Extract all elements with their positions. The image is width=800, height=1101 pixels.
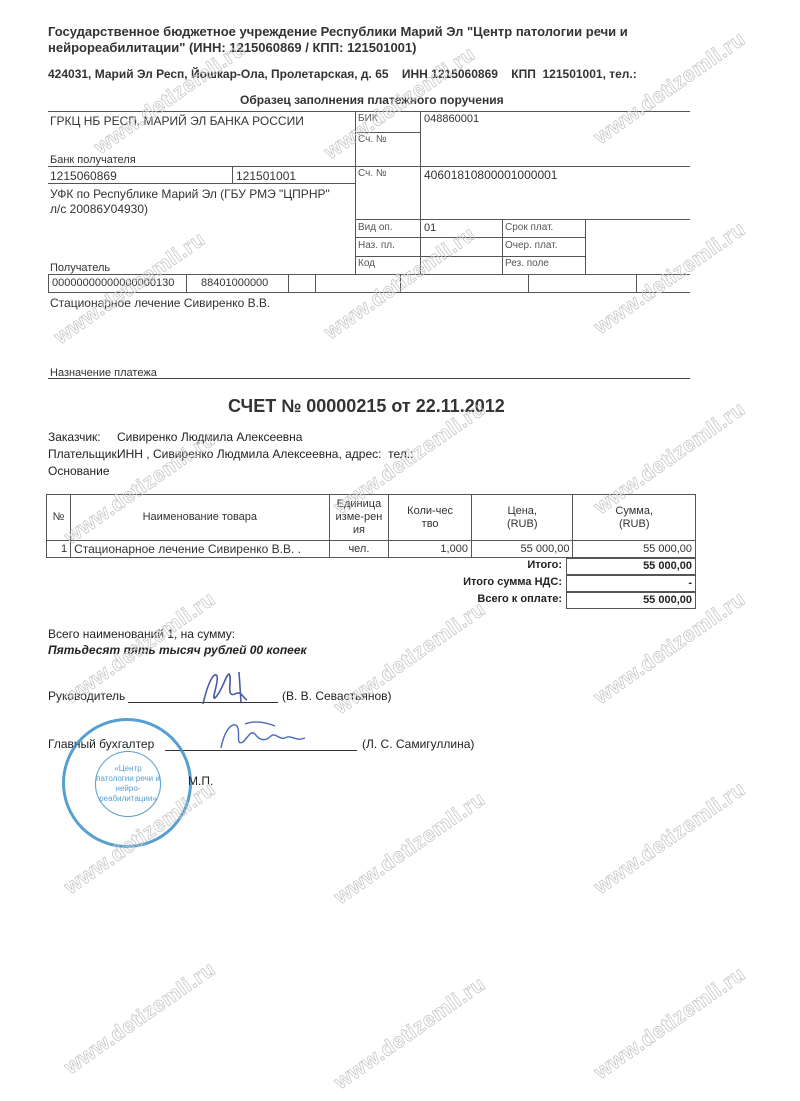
director-signature-icon: [195, 668, 265, 708]
oktmo-value: 88401000000: [201, 277, 268, 289]
row-qty: 1,000: [389, 541, 472, 558]
recipient-label: Получатель: [50, 262, 110, 274]
bank-name: ГРКЦ НБ РЕСП. МАРИЙ ЭЛ БАНКА РОССИИ: [50, 114, 304, 128]
watermark-text: www.detizemli.ru: [60, 957, 220, 1079]
account-label-2: Сч. №: [358, 168, 387, 179]
recipient-line-2: л/с 20086У04930): [50, 202, 148, 216]
row-price: 55 000,00: [471, 541, 573, 558]
amount-in-words: Пятьдесят пять тысяч рублей 00 копеек: [48, 643, 307, 657]
mp-label: М.П.: [188, 774, 213, 788]
due-label: Всего к оплате:: [380, 593, 562, 605]
col-price: Цена, (RUB): [471, 495, 573, 541]
vat-value: -: [566, 575, 696, 592]
accountant-name: (Л. С. Самигуллина): [362, 737, 474, 751]
watermark-text: www.detizemli.ru: [330, 972, 490, 1094]
director-name: (В. В. Севастьянов): [282, 689, 392, 703]
col-qty: Коли-чество: [389, 495, 472, 541]
org-name-line-2: нейрореабилитации" (ИНН: 1215060869 / КП…: [48, 40, 416, 55]
rez-label: Рез. поле: [505, 258, 549, 269]
org-name-line-1: Государственное бюджетное учреждение Рес…: [48, 24, 628, 39]
invoice-table: № Наименование товара Единица изме-рения…: [46, 494, 696, 558]
stamp-text: «Центр патологии речи и нейро-реабилитац…: [95, 751, 161, 817]
row-name: Стационарное лечение Сивиренко В.В. .: [71, 541, 330, 558]
watermark-text: www.detizemli.ru: [330, 787, 490, 909]
col-sum-text: Сумма, (RUB): [609, 505, 659, 531]
bik-label: БИК: [358, 113, 378, 124]
inn-value: 1215060869: [50, 169, 117, 183]
col-unit: Единица изме-рения: [329, 495, 389, 541]
bank-label: Банк получателя: [50, 154, 136, 166]
watermark-text: www.detizemli.ru: [590, 777, 750, 899]
bik-value: 048860001: [424, 113, 479, 125]
col-qty-text: Коли-чество: [407, 505, 453, 531]
total-label: Итого:: [380, 559, 562, 571]
ocher-label: Очер. плат.: [505, 240, 558, 251]
row-unit: чел.: [329, 541, 389, 558]
vat-label: Итого сумма НДС:: [380, 576, 562, 588]
payment-purpose: Стационарное лечение Сивиренко В.В.: [50, 296, 270, 310]
col-unit-text: Единица изме-рения: [335, 498, 383, 537]
invoice-title: СЧЕТ № 00000215 от 22.11.2012: [228, 396, 505, 417]
table-row: 1 Стационарное лечение Сивиренко В.В. . …: [47, 541, 696, 558]
col-number: №: [47, 495, 71, 541]
items-count-line: Всего наименований 1, на сумму:: [48, 627, 235, 641]
col-price-text: Цена, (RUB): [500, 505, 544, 531]
naz-pl-label: Наз. пл.: [358, 240, 395, 251]
kpp-value: 121501001: [236, 169, 296, 183]
row-sum: 55 000,00: [573, 541, 696, 558]
watermark-text: www.detizemli.ru: [590, 217, 750, 339]
sample-title: Образец заполнения платежного поручения: [240, 93, 504, 107]
watermark-text: www.detizemli.ru: [90, 37, 250, 159]
basis-label: Основание: [48, 464, 110, 478]
director-label: Руководитель: [48, 689, 125, 703]
due-value: 55 000,00: [566, 592, 696, 609]
vid-op-value: 01: [424, 222, 436, 234]
col-name: Наименование товара: [71, 495, 330, 541]
col-sum: Сумма, (RUB): [573, 495, 696, 541]
org-address: 424031, Марий Эл Респ, Йошкар-Ола, Проле…: [48, 67, 637, 81]
payer-label: Плательщик:: [48, 447, 120, 461]
srok-label: Срок плат.: [505, 222, 553, 233]
recipient-line-1: УФК по Республике Марий Эл (ГБУ РМЭ "ЦПР…: [50, 187, 330, 201]
customer-value: Сивиренко Людмила Алексеевна: [117, 430, 302, 444]
row-number: 1: [47, 541, 71, 558]
kod-label: Код: [358, 258, 375, 269]
official-stamp: «Центр патологии речи и нейро-реабилитац…: [62, 718, 192, 848]
total-value: 55 000,00: [566, 558, 696, 575]
col-name-text: Наименование товара: [140, 511, 260, 524]
customer-label: Заказчик:: [48, 430, 101, 444]
watermark-text: www.detizemli.ru: [590, 27, 750, 149]
watermark-text: www.detizemli.ru: [590, 962, 750, 1084]
kbk-value: 00000000000000000130: [52, 277, 174, 289]
accountant-signature-icon: [215, 720, 315, 754]
payer-value: ИНН , Сивиренко Людмила Алексеевна, адре…: [117, 447, 413, 461]
account-label-1: Сч. №: [358, 134, 387, 145]
vid-op-label: Вид оп.: [358, 222, 393, 233]
account-value: 40601810800001000001: [424, 168, 557, 182]
